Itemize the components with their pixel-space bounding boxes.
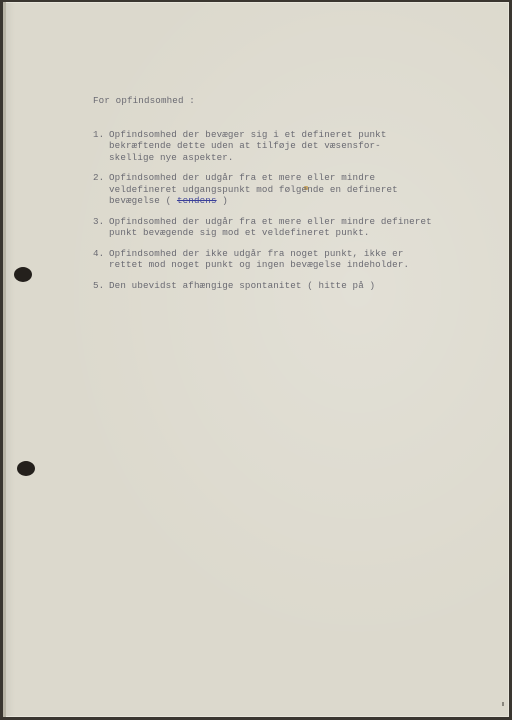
punch-hole [14,267,32,282]
item-text: Opfindsomhed der ikke udgår fra noget pu… [109,248,453,271]
list-item: 5. Den ubevidst afhængige spontanitet ( … [93,280,453,292]
item-text: Opfindsomhed der bevæger sig i et define… [109,129,453,164]
corner-mark [502,702,504,706]
page-edge [3,2,6,717]
item-text-before: Opfindsomhed der udgår fra et mere eller… [109,172,398,206]
item-number: 5. [93,280,109,292]
item-number: 3. [93,216,109,239]
typed-document: For opfindsomhed : 1. Opfindsomhed der b… [93,95,453,300]
document-heading: For opfindsomhed : [93,95,453,107]
struck-word: tendens [177,195,217,206]
item-text: Opfindsomhed der udgår fra et mere eller… [109,216,453,239]
list-item: 4. Opfindsomhed der ikke udgår fra noget… [93,248,453,271]
list-item: 2. Opfindsomhed der udgår fra et mere el… [93,172,453,207]
item-number: 2. [93,172,109,207]
item-text: Den ubevidst afhængige spontanitet ( hit… [109,280,453,292]
item-number: 4. [93,248,109,271]
item-text: Opfindsomhed der udgår fra et mere eller… [109,172,453,207]
list-item: 3. Opfindsomhed der udgår fra et mere el… [93,216,453,239]
punch-hole [17,461,35,476]
item-number: 1. [93,129,109,164]
item-text-after: ) [217,195,228,206]
list-item: 1. Opfindsomhed der bevæger sig i et def… [93,129,453,164]
